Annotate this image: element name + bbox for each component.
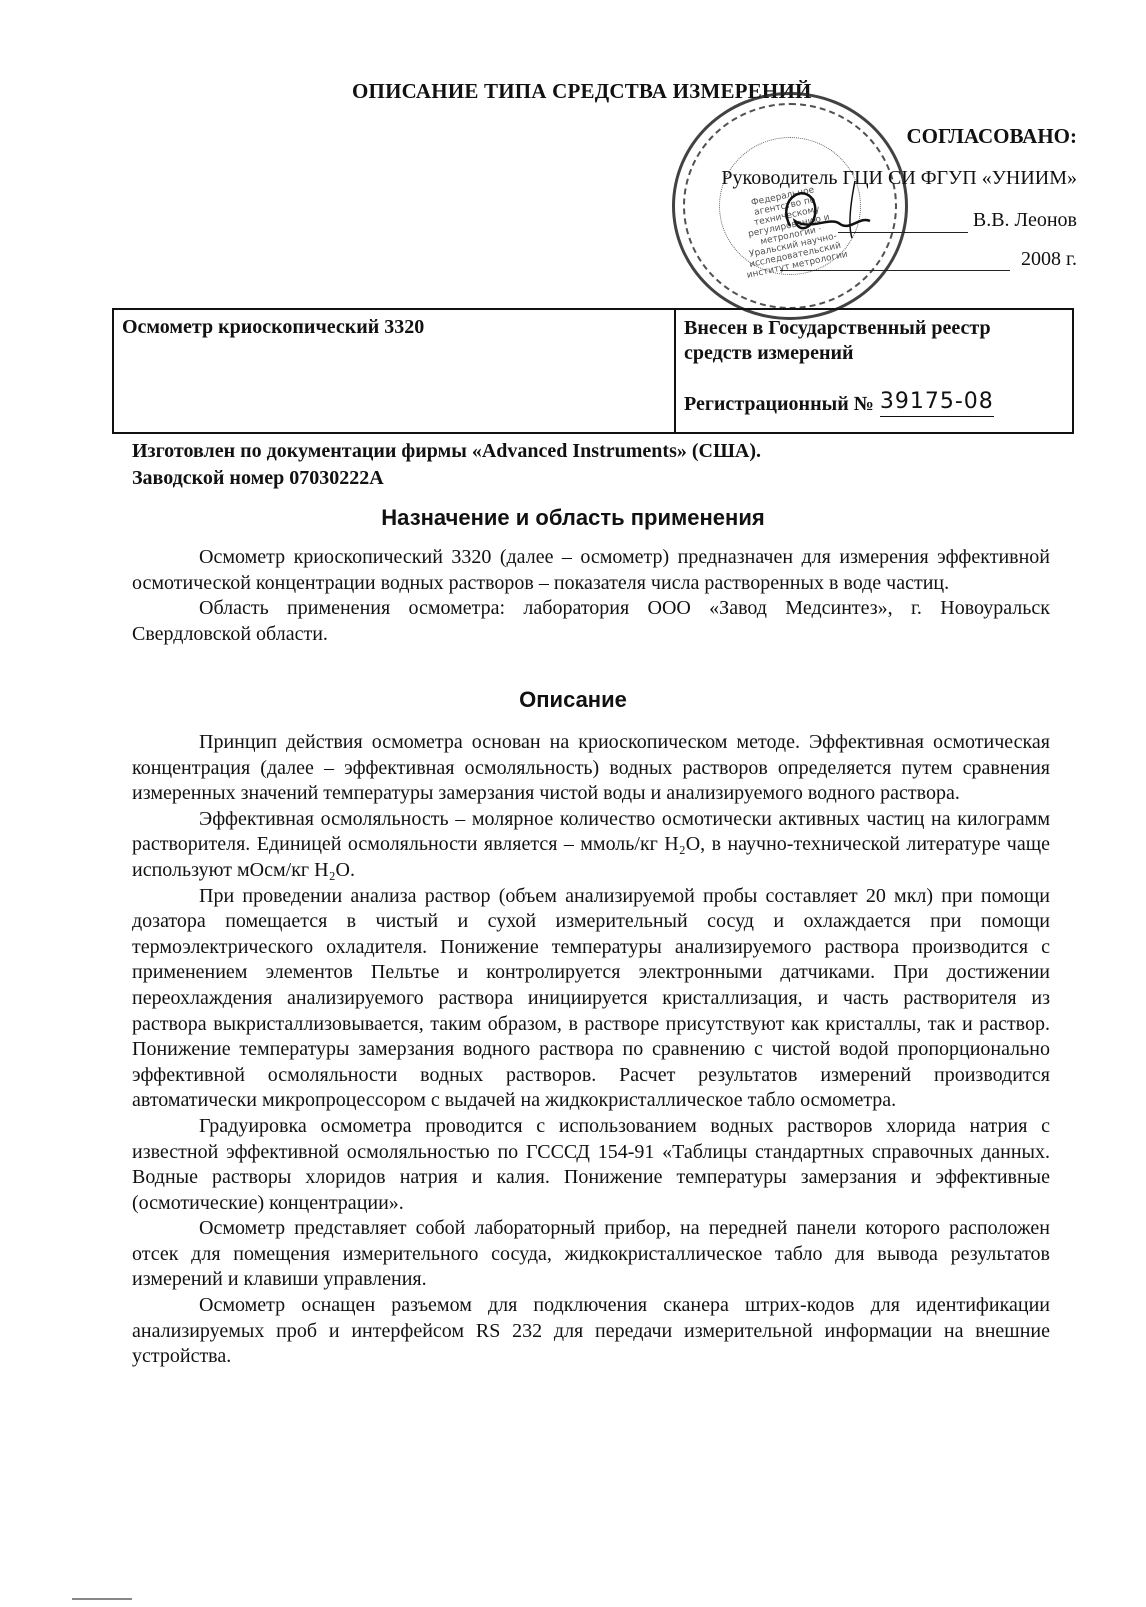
approval-date-year: 2008 г. [1021,249,1077,269]
registration-number-row: Регистрационный № 39175-08 [684,388,1064,417]
paragraph: Градуировка осмометра проводится с испол… [132,1114,1050,1216]
paragraph: Осмометр представляет собой лабораторный… [132,1216,1050,1293]
registry-cell: Внесен в Государственный реестр средств … [676,310,1072,432]
paragraph: Осмометр оснащен разъемом для подключени… [132,1293,1050,1370]
section-purpose-body: Осмометр криоскопический 3320 (далее – о… [132,545,1050,647]
section-heading-description: Описание [0,687,1146,713]
section-description-body: Принцип действия осмометра основан на кр… [132,730,1050,1370]
paragraph: При проведении анализа раствор (объем ан… [132,884,1050,1114]
paragraph: Эффективная осмоляльность – молярное кол… [132,807,1050,884]
approver-role: Руководитель ГЦИ СИ ФГУП «УНИИМ» [721,168,1077,188]
paragraph: Принцип действия осмометра основан на кр… [132,730,1050,807]
approval-heading: СОГЛАСОВАНО: [907,126,1077,147]
registration-number: 39175-08 [880,388,994,417]
date-line [780,270,1010,271]
manufacturer-info: Изготовлен по документации фирмы «Advanc… [132,438,761,492]
instrument-name: Осмометр криоскопический 3320 [122,316,424,338]
approver-name: В.В. Леонов [973,210,1077,230]
section-heading-purpose: Назначение и область применения [0,505,1146,531]
registry-line-2: средств измерений [684,341,1064,366]
paragraph: Область применения осмометра: лаборатори… [132,596,1050,647]
instrument-name-cell: Осмометр криоскопический 3320 [114,310,676,432]
registry-line-1: Внесен в Государственный реестр [684,317,991,339]
signature-line [838,232,968,233]
manufacturer-line: Изготовлен по документации фирмы «Advanc… [132,438,761,465]
serial-number-line: Заводской номер 07030222А [132,465,761,492]
registration-table: Осмометр криоскопический 3320 Внесен в Г… [112,308,1074,434]
scan-artifact [72,1598,132,1600]
paragraph: Осмометр криоскопический 3320 (далее – о… [132,545,1050,596]
registration-label: Регистрационный № [684,392,874,417]
